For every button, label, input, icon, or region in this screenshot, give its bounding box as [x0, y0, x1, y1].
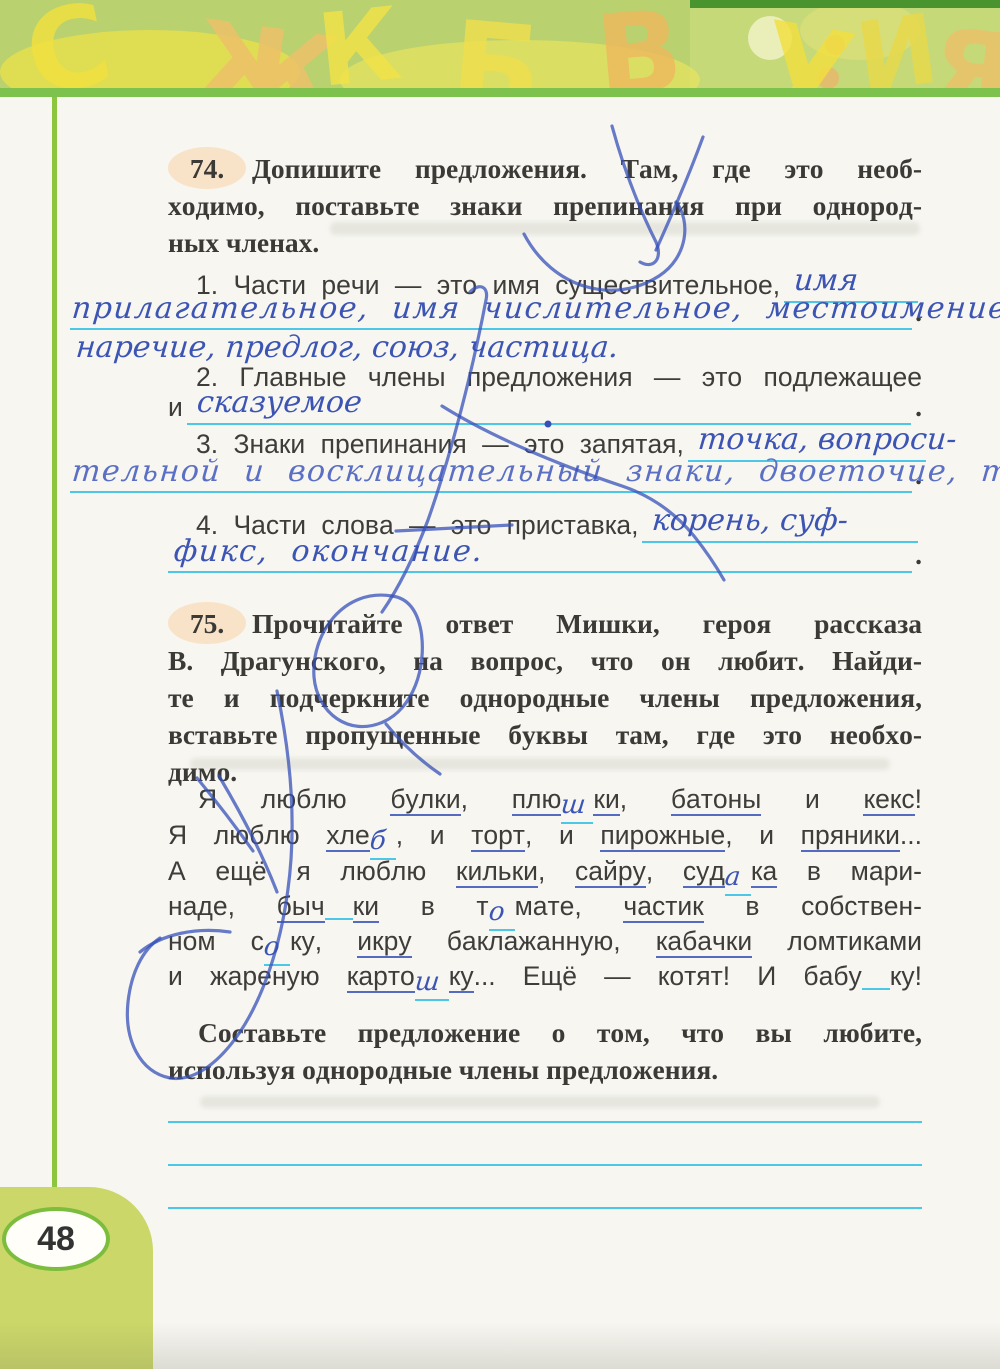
item-1-answer-row: прилагательное, имя числительное, местои… [70, 296, 922, 330]
answer-line[interactable] [168, 1119, 922, 1123]
printed-text: и жареную [168, 961, 347, 991]
banner-top-edge [690, 0, 1000, 8]
printed-period: . [915, 388, 922, 425]
underlined-word: батоны [671, 784, 761, 816]
underlined-word: икру [357, 926, 411, 958]
inserted-letter: о [487, 901, 505, 923]
inserted-letter: а [724, 866, 742, 888]
underlined-word: торт [471, 820, 525, 852]
underlined-word: ки [353, 891, 379, 923]
printed-text: , и [396, 820, 471, 850]
letter-gap[interactable]: ш [415, 963, 449, 1001]
printed-text: , и [725, 820, 800, 850]
underlined-word: быч [277, 891, 325, 923]
underlined-word: хле [326, 820, 369, 852]
answer-blank[interactable]: тельной и восклицательный знаки, двоеточ… [70, 459, 912, 493]
underlined-word: плю [512, 784, 562, 816]
printed-text: ... [900, 820, 922, 850]
banner-letter: К [312, 0, 406, 88]
printed-text: наде, [168, 891, 277, 921]
printed-text: ку! [890, 961, 922, 991]
printed-text: , [538, 856, 575, 886]
handwritten-answer: корень, суф- [651, 503, 850, 539]
item-2-answer-row: и сказуемое . [168, 388, 922, 425]
task-75-badge: 75. [168, 602, 246, 644]
underlined-word: ка [751, 856, 777, 888]
printed-text: , и [525, 820, 600, 850]
underlined-word: кабачки [656, 926, 752, 958]
printed-text: баклажанную, [412, 926, 656, 956]
printed-text: мате, [515, 891, 624, 921]
underlined-word: ку [449, 961, 474, 993]
underlined-word: кекс [863, 784, 914, 816]
printed-text: ломтиками [752, 926, 922, 956]
underlined-word: кильки [456, 856, 538, 888]
printed-text: , [646, 856, 683, 886]
underlined-word: булки [390, 784, 460, 816]
banner-underline-stripe [0, 88, 1000, 97]
printed-text: Составьте предложение о том, что вы люби… [198, 1017, 922, 1048]
underlined-word: частик [623, 891, 703, 923]
underlined-word: карто [347, 961, 415, 993]
page-number-badge: 48 [2, 1207, 110, 1271]
letter-gap-blank[interactable] [862, 980, 890, 990]
inserted-letter: о [263, 936, 281, 958]
printed-period: . [915, 536, 922, 573]
banner-letter: Б [446, 0, 548, 88]
task-75-instruction-line: Прочитайте ответ Мишки, героя рассказа [252, 605, 922, 642]
answer-blank[interactable]: фикс, окончание. [168, 540, 912, 573]
task-74-instruction-line: ходимо, поставьте знаки препинания при о… [168, 187, 922, 224]
task-75-instruction-line: те и подчеркните однородные члены предло… [168, 679, 922, 716]
printed-text: ! [915, 784, 922, 814]
printed-text: А ещё я люблю [168, 856, 456, 886]
printed-text: в собствен- [704, 891, 922, 921]
letter-gap-blank[interactable] [325, 910, 353, 920]
handwritten-answer: прилагательное, имя числительное, местои… [70, 291, 1000, 326]
task-75-number: 75. [190, 605, 224, 642]
task-74-number: 74. [190, 150, 224, 187]
underlined-word: пирожные [600, 820, 725, 852]
closing-instruction-line: используя однородные члены предложения. [168, 1051, 922, 1088]
top-banner-art: С Ж К Б В У И Я [0, 0, 1000, 88]
inserted-letter: ш [414, 971, 441, 993]
task-75-instruction-line: вставьте пропущенные буквы там, где это … [168, 716, 922, 753]
underlined-word: суд [683, 856, 725, 888]
inserted-letter: б [369, 830, 387, 852]
scan-edge-shadow [0, 1322, 1000, 1369]
printed-text: и [168, 389, 183, 425]
handwritten-answer: тельной и восклицательный знаки, двоеточ… [70, 454, 1000, 489]
inserted-letter: ш [560, 794, 587, 816]
underlined-word: ки [593, 784, 619, 816]
handwritten-answer: точка, вопроси- [696, 422, 958, 458]
printed-text: , [620, 784, 671, 814]
task-74-badge: 74. [168, 147, 246, 189]
answer-line[interactable] [168, 1162, 922, 1166]
printed-text: ... Ещё — котят! И бабу [474, 961, 862, 991]
workbook-page: С Ж К Б В У И Я 74. Допишите предложения… [0, 0, 1000, 1369]
answer-blank[interactable]: сказуемое [187, 388, 911, 425]
closing-instruction-line: Составьте предложение о том, что вы люби… [168, 1014, 922, 1051]
underlined-word: пряники [801, 820, 900, 852]
exercise-75-text-line: и жареную картошку... Ещё — котят! И баб… [168, 958, 922, 1001]
item-3-answer-row: тельной и восклицательный знаки, двоеточ… [70, 459, 922, 493]
answer-line[interactable] [168, 1205, 922, 1209]
left-margin-rule [52, 97, 57, 1203]
answer-blank[interactable]: прилагательное, имя числительное, местои… [70, 296, 912, 330]
underlined-word: сайру [575, 856, 646, 888]
task-75-instruction-line: В. Драгунского, на вопрос, что он любит.… [168, 642, 922, 679]
printed-text: , [461, 784, 512, 814]
item-4-answer-row: фикс, окончание. . [168, 540, 922, 573]
banner-letter: В [591, 0, 687, 88]
printed-text: и [761, 784, 863, 814]
handwritten-answer: фикс, окончание. [172, 534, 484, 569]
page-number: 48 [37, 1220, 75, 1259]
printed-text: в т [379, 891, 489, 921]
show-through-text [200, 1096, 880, 1108]
printed-text: в мари- [777, 856, 922, 886]
task-74-instruction-line: ных членах. [168, 224, 922, 261]
printed-text: Я люблю [168, 820, 326, 850]
task-74-instruction-line: Допишите предложения. Там, где это необ- [252, 150, 922, 187]
printed-text: Я люблю [198, 784, 390, 814]
handwritten-answer: сказуемое [195, 385, 363, 421]
answer-blank[interactable]: корень, суф- [642, 507, 918, 543]
printed-text: ном с [168, 926, 264, 956]
printed-text: ку, [290, 926, 357, 956]
